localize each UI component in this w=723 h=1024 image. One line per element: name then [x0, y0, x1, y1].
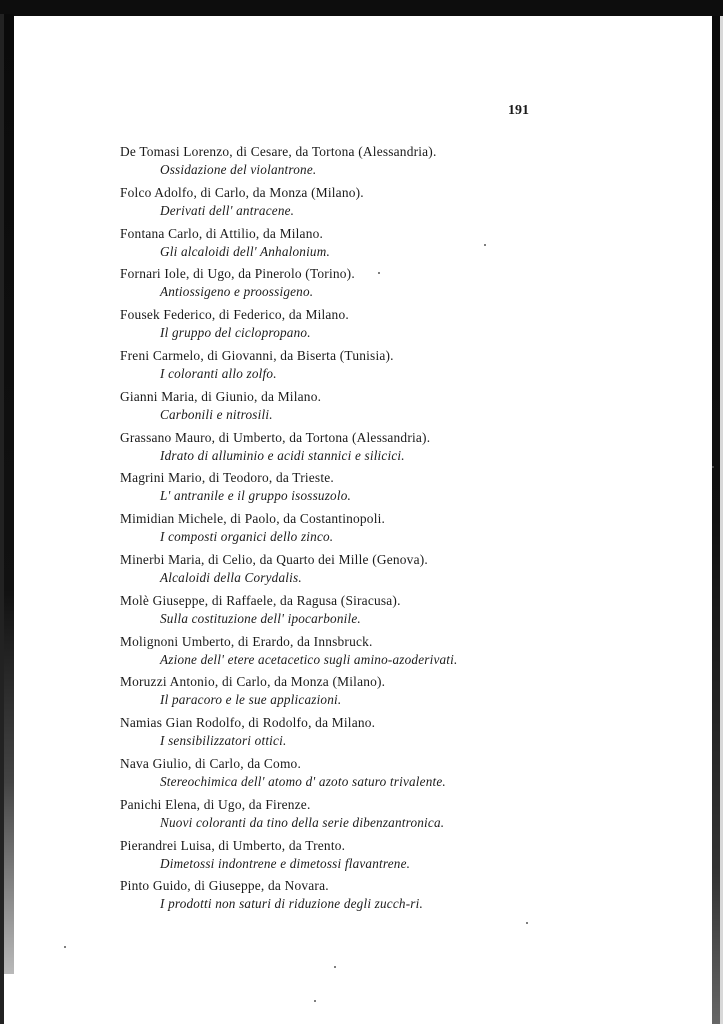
- entry-author: Folco Adolfo, di Carlo, da Monza (Milano…: [120, 183, 520, 202]
- list-item: Pierandrei Luisa, di Umberto, da Trento.…: [120, 836, 520, 877]
- entry-title: Nuovi coloranti da tino della serie dibe…: [120, 814, 520, 831]
- entry-author: Grassano Mauro, di Umberto, da Tortona (…: [120, 428, 520, 447]
- entry-author: Minerbi Maria, di Celio, da Quarto dei M…: [120, 550, 520, 569]
- list-item: Minerbi Maria, di Celio, da Quarto dei M…: [120, 550, 520, 591]
- entry-title: Ossidazione del violantrone.: [120, 161, 520, 178]
- entry-title: Sulla costituzione dell' ipocarbonile.: [120, 610, 520, 627]
- entry-title: Alcaloidi della Corydalis.: [120, 569, 520, 586]
- list-item: Fornari Iole, di Ugo, da Pinerolo (Torin…: [120, 264, 520, 305]
- entry-title: Il paracoro e le sue applicazioni.: [120, 691, 520, 708]
- list-item: Grassano Mauro, di Umberto, da Tortona (…: [120, 428, 520, 469]
- entry-title: Gli alcaloidi dell' Anhalonium.: [120, 243, 520, 260]
- scan-speck: [526, 922, 528, 924]
- entry-title: Antiossigeno e proossigeno.: [120, 283, 520, 300]
- entry-author: Fornari Iole, di Ugo, da Pinerolo (Torin…: [120, 264, 520, 283]
- entry-author: De Tomasi Lorenzo, di Cesare, da Tortona…: [120, 142, 520, 161]
- entry-author: Pierandrei Luisa, di Umberto, da Trento.: [120, 836, 520, 855]
- entry-title: I prodotti non saturi di riduzione degli…: [120, 895, 520, 912]
- thesis-list: De Tomasi Lorenzo, di Cesare, da Tortona…: [120, 142, 520, 917]
- scan-speck: [484, 244, 486, 246]
- entry-author: Molignoni Umberto, di Erardo, da Innsbru…: [120, 632, 520, 651]
- entry-author: Nava Giulio, di Carlo, da Como.: [120, 754, 520, 773]
- list-item: Panichi Elena, di Ugo, da Firenze.Nuovi …: [120, 795, 520, 836]
- entry-author: Magrini Mario, di Teodoro, da Trieste.: [120, 468, 520, 487]
- entry-author: Gianni Maria, di Giunio, da Milano.: [120, 387, 520, 406]
- list-item: Namias Gian Rodolfo, di Rodolfo, da Mila…: [120, 713, 520, 754]
- entry-title: Derivati dell' antracene.: [120, 202, 520, 219]
- entry-title: I coloranti allo zolfo.: [120, 365, 520, 382]
- list-item: Moruzzi Antonio, di Carlo, da Monza (Mil…: [120, 672, 520, 713]
- entry-title: Idrato di alluminio e acidi stannici e s…: [120, 447, 520, 464]
- list-item: Magrini Mario, di Teodoro, da Trieste.L'…: [120, 468, 520, 509]
- list-item: Pinto Guido, di Giuseppe, da Novara.I pr…: [120, 876, 520, 917]
- entry-author: Molè Giuseppe, di Raffaele, da Ragusa (S…: [120, 591, 520, 610]
- entry-title: Dimetossi indontrene e dimetossi flavant…: [120, 855, 520, 872]
- entry-author: Freni Carmelo, di Giovanni, da Biserta (…: [120, 346, 520, 365]
- scan-speck: [334, 966, 336, 968]
- entry-author: Pinto Guido, di Giuseppe, da Novara.: [120, 876, 520, 895]
- entry-title: Il gruppo del ciclopropano.: [120, 324, 520, 341]
- list-item: Molè Giuseppe, di Raffaele, da Ragusa (S…: [120, 591, 520, 632]
- scan-left-edge: [0, 14, 4, 1024]
- scan-speck: [314, 1000, 316, 1002]
- list-item: Freni Carmelo, di Giovanni, da Biserta (…: [120, 346, 520, 387]
- entry-author: Namias Gian Rodolfo, di Rodolfo, da Mila…: [120, 713, 520, 732]
- entry-author: Moruzzi Antonio, di Carlo, da Monza (Mil…: [120, 672, 520, 691]
- entry-author: Panichi Elena, di Ugo, da Firenze.: [120, 795, 520, 814]
- entry-title: I composti organici dello zinco.: [120, 528, 520, 545]
- scan-speck: [712, 466, 714, 468]
- entry-title: Stereochimica dell' atomo d' azoto satur…: [120, 773, 520, 790]
- entry-title: Carbonili e nitrosili.: [120, 406, 520, 423]
- scan-speck: [64, 946, 66, 948]
- entry-title: Azione dell' etere acetacetico sugli ami…: [120, 651, 520, 668]
- entry-author: Fousek Federico, di Federico, da Milano.: [120, 305, 520, 324]
- list-item: Nava Giulio, di Carlo, da Como.Stereochi…: [120, 754, 520, 795]
- list-item: Fousek Federico, di Federico, da Milano.…: [120, 305, 520, 346]
- list-item: Molignoni Umberto, di Erardo, da Innsbru…: [120, 632, 520, 673]
- entry-title: L' antranile e il gruppo isossuzolo.: [120, 487, 520, 504]
- list-item: De Tomasi Lorenzo, di Cesare, da Tortona…: [120, 142, 520, 183]
- list-item: Fontana Carlo, di Attilio, da Milano.Gli…: [120, 224, 520, 265]
- entry-author: Mimidian Michele, di Paolo, da Costantin…: [120, 509, 520, 528]
- entry-author: Fontana Carlo, di Attilio, da Milano.: [120, 224, 520, 243]
- entry-title: I sensibilizzatori ottici.: [120, 732, 520, 749]
- scan-right-border: [712, 16, 720, 1024]
- scan-top-border: [0, 0, 723, 16]
- list-item: Mimidian Michele, di Paolo, da Costantin…: [120, 509, 520, 550]
- page-number: 191: [508, 103, 529, 119]
- list-item: Gianni Maria, di Giunio, da Milano.Carbo…: [120, 387, 520, 428]
- list-item: Folco Adolfo, di Carlo, da Monza (Milano…: [120, 183, 520, 224]
- scan-speck: [378, 272, 380, 274]
